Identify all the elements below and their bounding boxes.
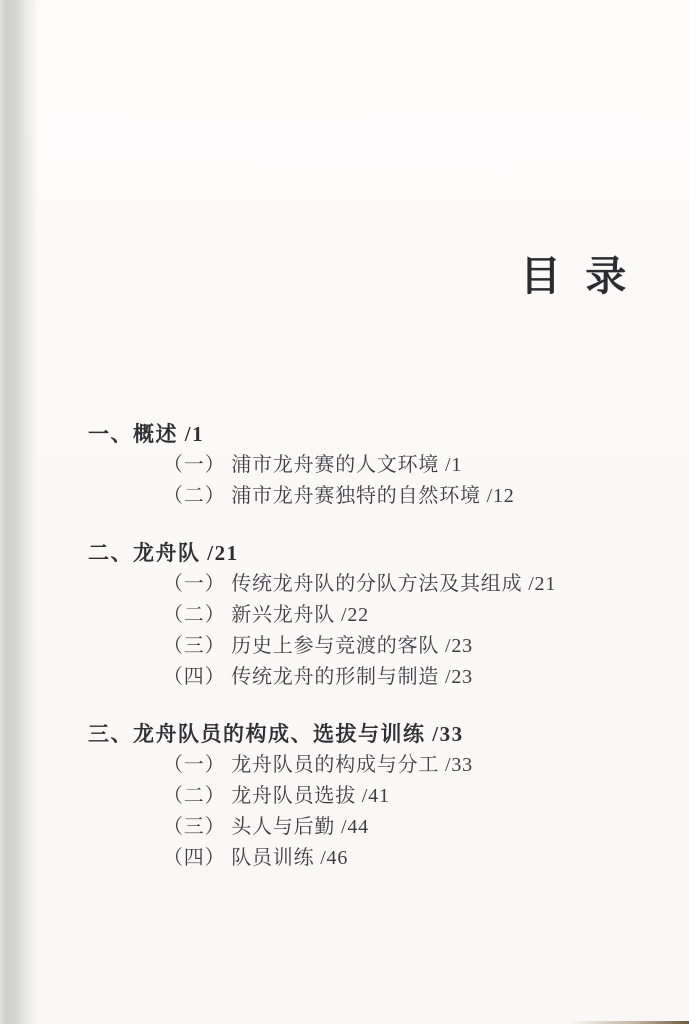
toc-entry: （二） 浦市龙舟赛独特的自然环境 /12 <box>88 481 628 512</box>
toc-section-heading: 三、龙舟队员的构成、选拔与训练 /33 <box>88 719 628 750</box>
toc-entry: （二） 龙舟队员选拔 /41 <box>88 781 628 812</box>
table-of-contents: 一、概述 /1 （一） 浦市龙舟赛的人文环境 /1 （二） 浦市龙舟赛独特的自然… <box>88 419 628 900</box>
toc-entry: （三） 历史上参与竞渡的客队 /23 <box>88 631 628 662</box>
toc-entry: （一） 龙舟队员的构成与分工 /33 <box>88 750 628 781</box>
toc-section-heading: 一、概述 /1 <box>88 419 628 450</box>
toc-section-heading: 二、龙舟队 /21 <box>88 538 628 569</box>
toc-entry: （四） 队员训练 /46 <box>88 843 628 874</box>
toc-entry: （四） 传统龙舟的形制与制造 /23 <box>88 662 628 693</box>
toc-section-1: 一、概述 /1 （一） 浦市龙舟赛的人文环境 /1 （二） 浦市龙舟赛独特的自然… <box>88 419 628 512</box>
toc-entry: （一） 传统龙舟队的分队方法及其组成 /21 <box>88 569 628 600</box>
toc-section-3: 三、龙舟队员的构成、选拔与训练 /33 （一） 龙舟队员的构成与分工 /33 （… <box>88 719 628 874</box>
page-title: 目 录 <box>520 243 633 302</box>
toc-entry: （一） 浦市龙舟赛的人文环境 /1 <box>88 450 628 481</box>
toc-section-2: 二、龙舟队 /21 （一） 传统龙舟队的分队方法及其组成 /21 （二） 新兴龙… <box>88 538 628 693</box>
toc-entry: （二） 新兴龙舟队 /22 <box>88 600 628 631</box>
toc-entry: （三） 头人与后勤 /44 <box>88 812 628 843</box>
page-binding-edge <box>0 0 38 1024</box>
